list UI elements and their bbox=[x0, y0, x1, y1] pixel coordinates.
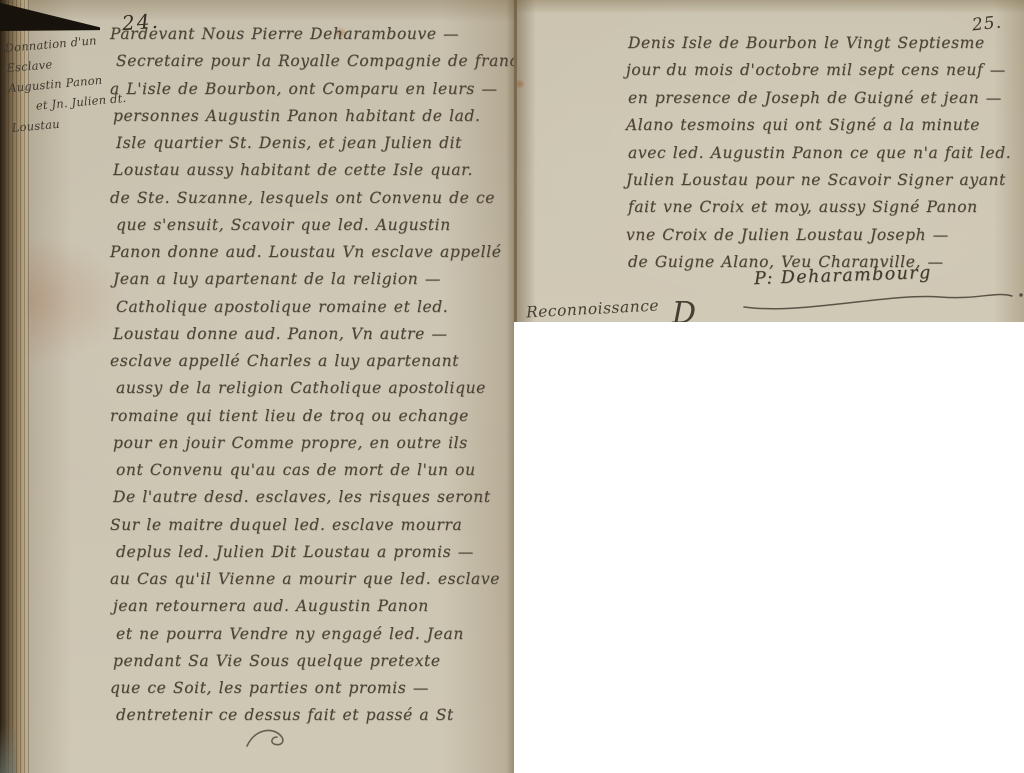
manuscript-line: personnes Augustin Panon habitant de lad… bbox=[113, 103, 518, 130]
manuscript-line: jour du mois d'octobre mil sept cens neu… bbox=[626, 57, 1018, 84]
manuscript-left-page: 24. Donnation d'un EsclaveAugustin Panon… bbox=[0, 0, 514, 773]
manuscript-line: pour en jouir Comme propre, en outre ils bbox=[113, 430, 518, 457]
right-page-text: Denis Isle de Bourbon le Vingt Septiesme… bbox=[626, 30, 1018, 277]
scribal-flourish-mark bbox=[245, 727, 297, 755]
page-edge-shadow bbox=[506, 0, 514, 773]
manuscript-line: fait vne Croix et moy, aussy Signé Panon bbox=[628, 194, 1018, 221]
manuscript-line: deplus led. Julien Dit Loustau a promis … bbox=[116, 539, 518, 566]
page-gutter-line bbox=[514, 0, 517, 322]
manuscript-line: romaine qui tient lieu de troq ou echang… bbox=[110, 403, 518, 430]
manuscript-line: en presence de Joseph de Guigné et jean … bbox=[628, 85, 1018, 112]
blank-masked-area bbox=[514, 322, 1024, 773]
manuscript-line: Loustau donne aud. Panon, Vn autre — bbox=[113, 321, 518, 348]
signature-flourish-underline bbox=[740, 286, 1024, 318]
manuscript-line: vne Croix de Julien Loustau Joseph — bbox=[626, 222, 1018, 249]
left-page-text: Pardevant Nous Pierre Deharambouve —Secr… bbox=[110, 21, 518, 730]
manuscript-photo: 24. Donnation d'un EsclaveAugustin Panon… bbox=[0, 0, 1024, 773]
manuscript-line: et ne pourra Vendre ny engagé led. Jean bbox=[116, 621, 518, 648]
manuscript-line: De l'autre desd. esclaves, les risques s… bbox=[113, 484, 518, 511]
manuscript-line: que s'ensuit, Scavoir que led. Augustin bbox=[116, 212, 518, 239]
manuscript-line: jean retournera aud. Augustin Panon bbox=[113, 593, 518, 620]
manuscript-line: Julien Loustau pour ne Scavoir Signer ay… bbox=[626, 167, 1018, 194]
manuscript-line: Denis Isle de Bourbon le Vingt Septiesme bbox=[628, 30, 1018, 57]
manuscript-line: Catholique apostolique romaine et led. bbox=[116, 294, 518, 321]
manuscript-line: Sur le maitre duquel led. esclave mourra bbox=[110, 512, 518, 539]
manuscript-line: dentretenir ce dessus fait et passé a St bbox=[116, 702, 518, 729]
manuscript-line: Jean a luy apartenant de la religion — bbox=[113, 266, 518, 293]
manuscript-line: au Cas qu'il Vienne a mourir que led. es… bbox=[110, 566, 518, 593]
manuscript-line: esclave appellé Charles a luy apartenant bbox=[110, 348, 518, 375]
manuscript-line: de Ste. Suzanne, lesquels ont Convenu de… bbox=[110, 185, 518, 212]
manuscript-line: Secretaire pour la Royalle Compagnie de … bbox=[116, 48, 518, 75]
background-corner-speck bbox=[0, 725, 16, 773]
flourish-underline-icon bbox=[740, 286, 1024, 314]
manuscript-line: Alano tesmoins qui ont Signé a la minute bbox=[626, 112, 1018, 139]
manuscript-right-page: 25. Denis Isle de Bourbon le Vingt Septi… bbox=[514, 0, 1024, 322]
manuscript-line: Loustau aussy habitant de cette Isle qua… bbox=[113, 157, 518, 184]
manuscript-line: Isle quartier St. Denis, et jean Julien … bbox=[116, 130, 518, 157]
manuscript-line: Pardevant Nous Pierre Deharambouve — bbox=[110, 21, 518, 48]
flourish-icon bbox=[245, 727, 297, 751]
manuscript-line: ont Convenu qu'au cas de mort de l'un ou bbox=[116, 457, 518, 484]
manuscript-line: que ce Soit, les parties ont promis — bbox=[110, 675, 518, 702]
margin-note-capital-fragment: D bbox=[672, 296, 696, 322]
manuscript-line: a L'isle de Bourbon, ont Comparu en leur… bbox=[110, 76, 518, 103]
margin-note-reconnoissance: Reconnoissance bbox=[526, 297, 660, 322]
manuscript-line: Panon donne aud. Loustau Vn esclave appe… bbox=[110, 239, 518, 266]
manuscript-line: avec led. Augustin Panon ce que n'a fait… bbox=[628, 140, 1018, 167]
manuscript-line: pendant Sa Vie Sous quelque pretexte bbox=[113, 648, 518, 675]
manuscript-line: aussy de la religion Catholique apostoli… bbox=[116, 375, 518, 402]
